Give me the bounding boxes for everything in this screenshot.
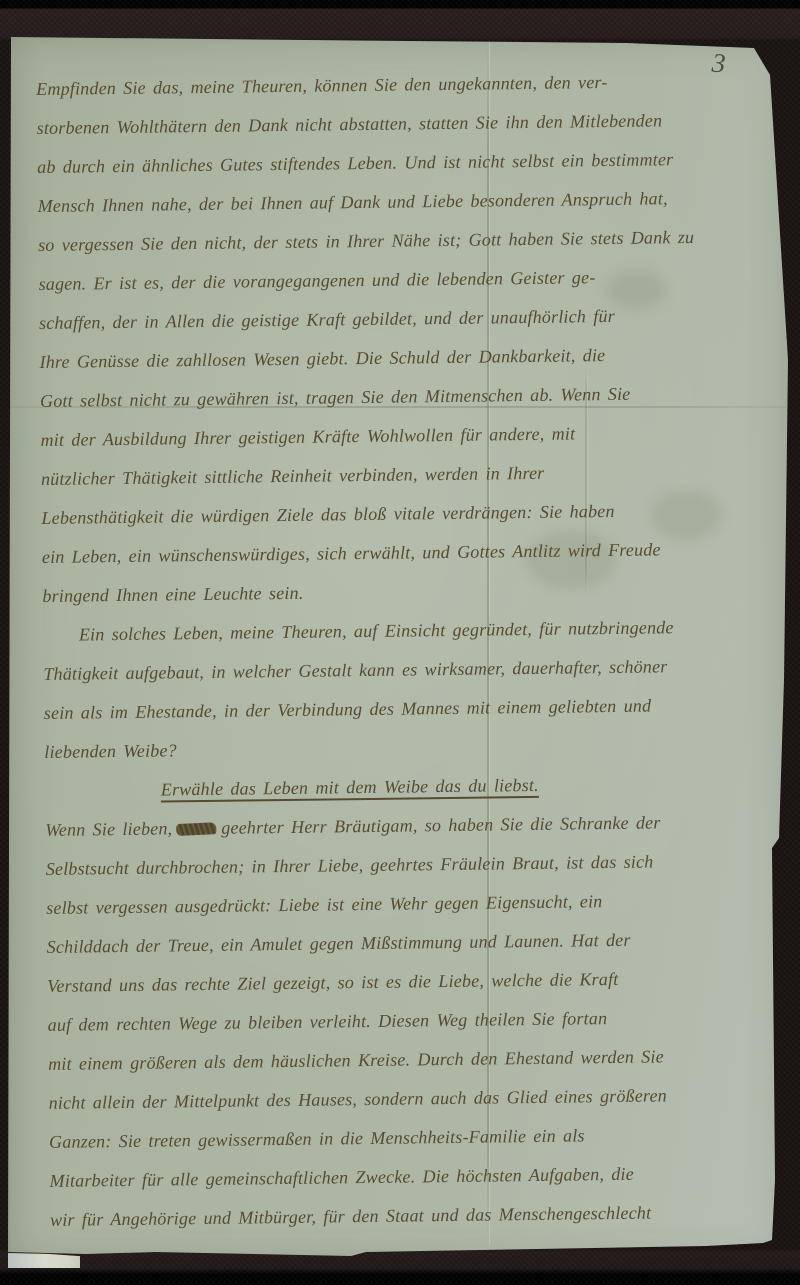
verse-heading-text: Erwähle das Leben mit dem Weibe das du l… xyxy=(161,775,539,800)
scanned-letter-photo: 3 Empfinden Sie das, meine Theuren, könn… xyxy=(0,0,800,1285)
letter-page: 3 Empfinden Sie das, meine Theuren, könn… xyxy=(6,30,792,1270)
line-text-after-strike: geehrter Herr Bräutigam, so haben Sie di… xyxy=(221,812,660,837)
ink-scribble-strikethrough xyxy=(176,822,217,836)
handwritten-text: Empfinden Sie das, meine Theuren, können… xyxy=(36,61,770,1240)
handwriting-line: wir für Angehörige und Mitbürger, für de… xyxy=(50,1192,770,1240)
line-text-before-strike: Wenn Sie lieben, xyxy=(45,818,172,840)
